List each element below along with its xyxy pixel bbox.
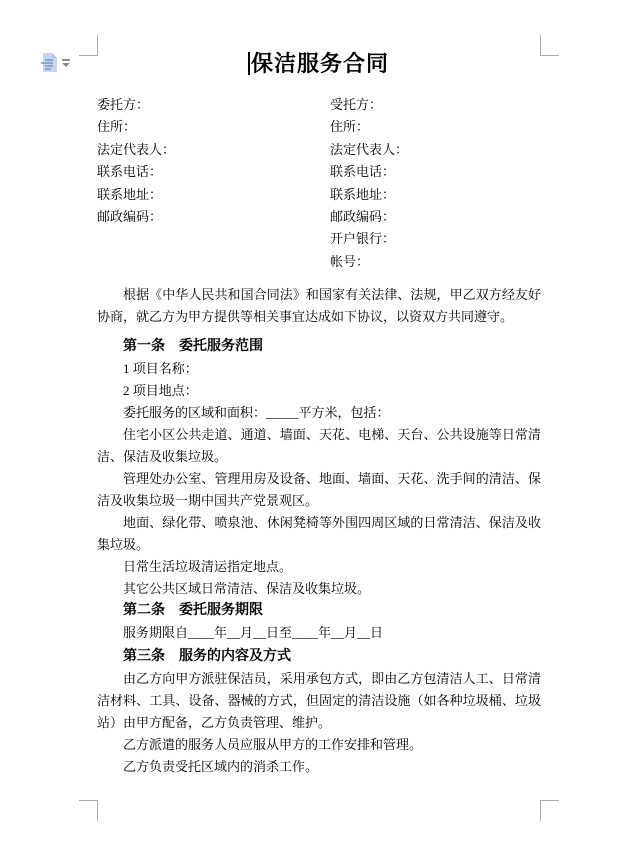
dropdown-arrow-icon[interactable] — [62, 59, 70, 67]
party-field-phone-right[interactable]: 联系电话： — [330, 161, 408, 183]
party-field-phone-left[interactable]: 联系电话： — [97, 161, 175, 183]
paste-options-button[interactable] — [41, 52, 70, 73]
section-1-paragraph-residential[interactable]: 住宅小区公共走道、通道、墙面、天花、电梯、天台、公共设施等日常清洁、保洁及收集垃… — [97, 424, 541, 468]
intro-paragraph[interactable]: 根据《中华人民共和国合同法》和国家有关法律、法规，甲乙双方经友好协商，就乙方为甲… — [97, 284, 541, 328]
section-1-paragraph-garbage[interactable]: 日常生活垃圾清运指定地点。 — [97, 556, 541, 578]
party-field-contact-addr-right[interactable]: 联系地址： — [330, 184, 408, 206]
section-1-paragraph-other-areas[interactable]: 其它公共区域日常清洁、保洁及收集垃圾。 — [97, 578, 541, 600]
party-field-address-left[interactable]: 住所： — [97, 116, 175, 138]
margin-crop-mark-bottom-left — [79, 800, 98, 821]
party-field-legal-rep-left[interactable]: 法定代表人： — [97, 139, 175, 161]
section-1-paragraph-project-place[interactable]: 2 项目地点： — [97, 380, 541, 402]
section-3-paragraph-disinfection[interactable]: 乙方负责受托区域内的消杀工作。 — [97, 756, 541, 778]
paste-options-icon — [41, 52, 58, 73]
party-field-legal-rep-right[interactable]: 法定代表人： — [330, 139, 408, 161]
party-field-bank[interactable]: 开户银行： — [330, 228, 408, 250]
party-field-postcode-right[interactable]: 邮政编码： — [330, 206, 408, 228]
party-field-postcode-left[interactable]: 邮政编码： — [97, 206, 175, 228]
section-1-paragraph-office[interactable]: 管理处办公室、管理用房及设备、地面、墙面、天花、洗手间的清洁、保洁及收集垃圾一期… — [97, 468, 541, 512]
text-cursor-caret — [248, 52, 250, 75]
title-row: 保洁服务合同 — [97, 51, 540, 77]
party-column-entrusting: 委托方： 住所： 法定代表人： 联系电话： 联系地址： 邮政编码： — [97, 94, 175, 228]
document-title[interactable]: 保洁服务合同 — [251, 51, 389, 76]
parties-block: 委托方： 住所： 法定代表人： 联系电话： 联系地址： 邮政编码： 受托方： 住… — [97, 94, 540, 274]
section-1-paragraph-area[interactable]: 委托服务的区域和面积：_____平方米，包括： — [97, 402, 541, 424]
margin-crop-mark-bottom-right — [540, 800, 559, 821]
section-1-heading[interactable]: 第一条 委托服务范围 — [97, 336, 541, 358]
section-1-paragraph-ground[interactable]: 地面、绿化带、喷泉池、休闲凳椅等外围四周区域的日常清洁、保洁及收集垃圾。 — [97, 512, 541, 556]
contract-body: 根据《中华人民共和国合同法》和国家有关法律、法规，甲乙双方经友好协商，就乙方为甲… — [97, 284, 541, 778]
party-field-contact-addr-left[interactable]: 联系地址： — [97, 184, 175, 206]
party-field-address-right[interactable]: 住所： — [330, 116, 408, 138]
section-3-paragraph-contracting[interactable]: 由乙方向甲方派驻保洁员，采用承包方式，即由乙方包清洁人工、日常清洁材料、工具、设… — [97, 668, 541, 734]
section-2-heading[interactable]: 第二条 委托服务期限 — [97, 600, 541, 622]
document-page[interactable]: 保洁服务合同 委托方： 住所： 法定代表人： 联系电话： 联系地址： 邮政编码：… — [0, 0, 634, 850]
margin-crop-mark-top-right — [540, 35, 559, 56]
party-field-shoutuofang[interactable]: 受托方： — [330, 94, 408, 116]
section-2-paragraph-term[interactable]: 服务期限自____年__月__日至____年__月__日 — [97, 622, 541, 644]
margin-crop-mark-top-left — [79, 35, 98, 56]
section-1-paragraph-project-name[interactable]: 1 项目名称： — [97, 358, 541, 380]
section-3-paragraph-obey[interactable]: 乙方派遣的服务人员应服从甲方的工作安排和管理。 — [97, 734, 541, 756]
party-field-weituofang[interactable]: 委托方： — [97, 94, 175, 116]
party-column-entrusted: 受托方： 住所： 法定代表人： 联系电话： 联系地址： 邮政编码： 开户银行： … — [330, 94, 408, 273]
section-3-heading[interactable]: 第三条 服务的内容及方式 — [97, 646, 541, 668]
party-field-account[interactable]: 帐号： — [330, 251, 408, 273]
